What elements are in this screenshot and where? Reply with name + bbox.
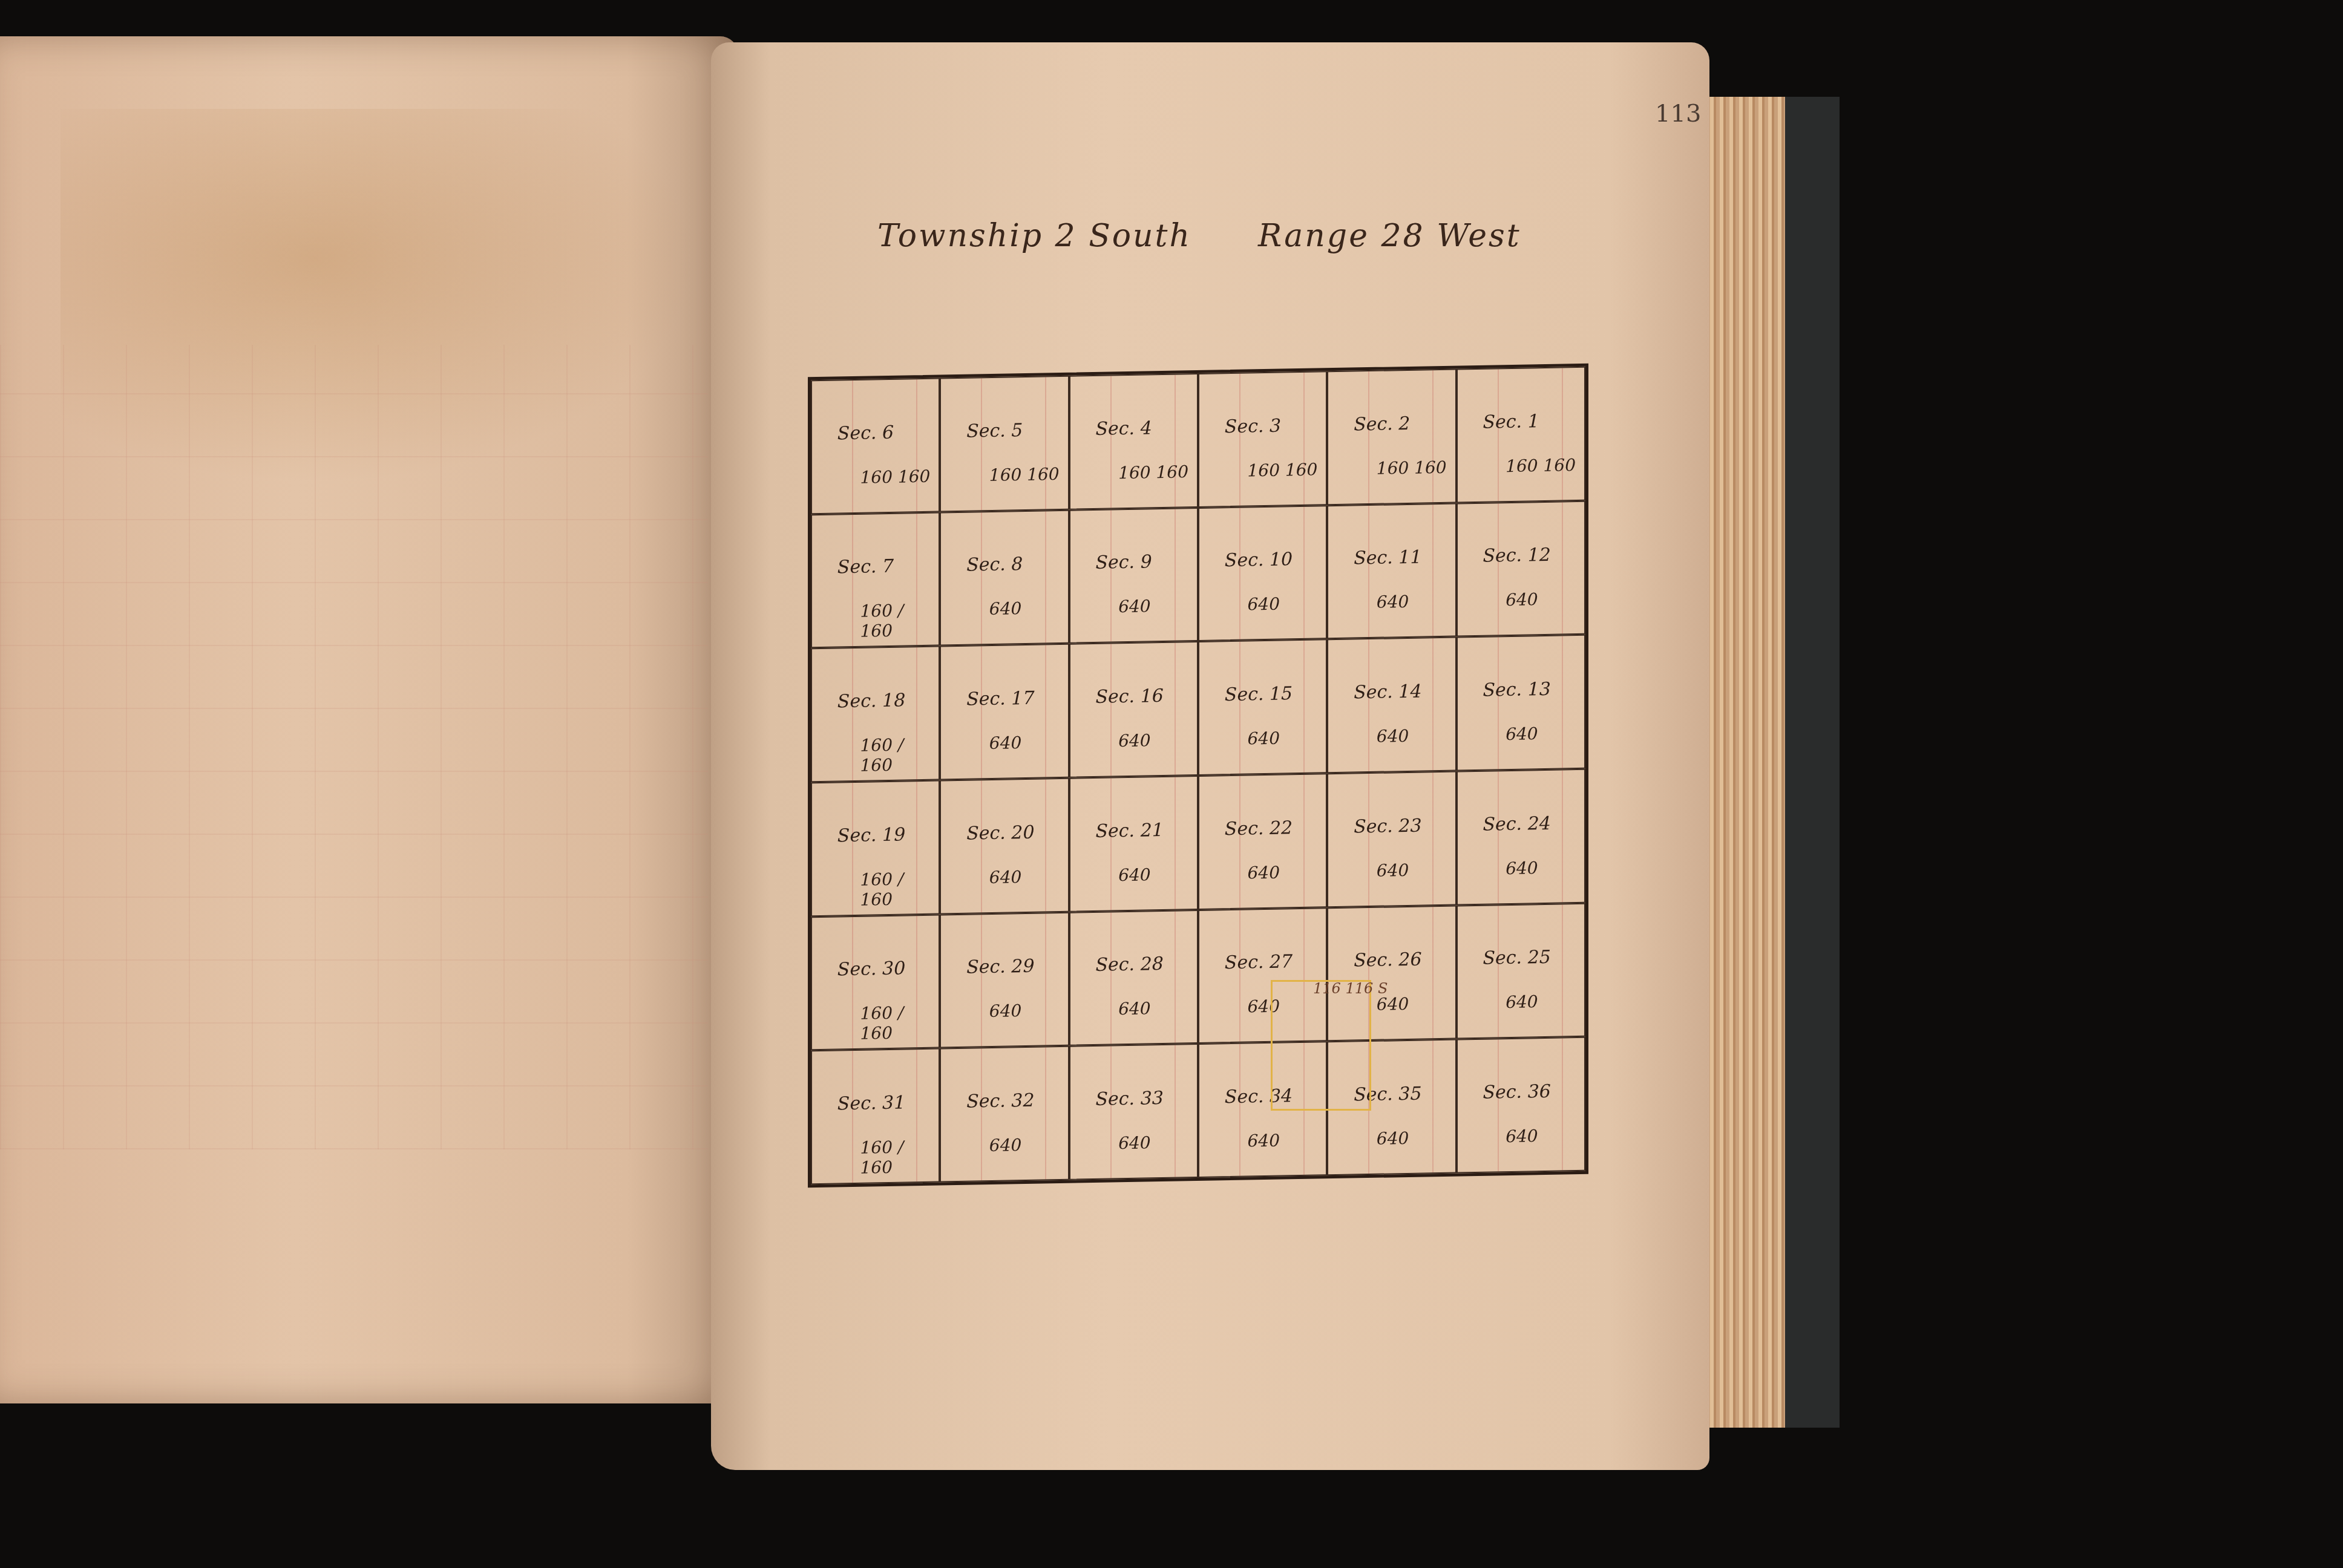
page-number: 113 <box>1655 100 1701 128</box>
section-label: Sec. 2 <box>1354 413 1410 436</box>
section-cell: Sec. 31160 / 160 <box>811 1048 940 1184</box>
section-cell: Sec. 11640 <box>1327 503 1456 639</box>
section-cell: Sec. 14640 <box>1327 637 1456 773</box>
section-cell: Sec. 17640 <box>940 644 1069 780</box>
section-acreage: 640 <box>989 1135 1021 1155</box>
section-acreage: 640 <box>989 1001 1021 1021</box>
section-acreage: 160 160 <box>1248 459 1318 480</box>
section-label: Sec. 30 <box>837 958 905 981</box>
section-cell: Sec. 2160 160 <box>1327 369 1456 505</box>
section-cell: Sec. 21640 <box>1069 776 1198 912</box>
section-acreage: 640 <box>1118 1132 1150 1153</box>
section-label: Sec. 20 <box>966 822 1034 844</box>
section-acreage: 640 <box>989 598 1021 619</box>
section-label: Sec. 9 <box>1096 552 1152 574</box>
section-cell: Sec. 28640 <box>1069 910 1198 1046</box>
section-label: Sec. 14 <box>1354 681 1421 704</box>
section-acreage: 640 <box>1118 596 1150 617</box>
section-label: Sec. 16 <box>1096 685 1164 708</box>
annotation-text: 116 116 S <box>1313 980 1388 997</box>
section-acreage: 160 160 <box>860 466 931 487</box>
section-label: Sec. 25 <box>1483 947 1551 969</box>
section-acreage: 160 160 <box>1377 457 1447 478</box>
section-cell: Sec. 1160 160 <box>1457 367 1585 503</box>
section-label: Sec. 29 <box>966 956 1034 978</box>
section-acreage: 640 <box>1248 1131 1280 1151</box>
section-acreage: 640 <box>1506 1126 1538 1146</box>
section-label: Sec. 24 <box>1483 812 1551 835</box>
section-label: Sec. 22 <box>1225 817 1293 840</box>
section-acreage: 160 / 160 <box>860 868 939 909</box>
section-acreage: 640 <box>1377 860 1409 881</box>
section-cell: Sec. 20640 <box>940 778 1069 914</box>
section-label: Sec. 6 <box>837 422 894 444</box>
section-label: Sec. 21 <box>1096 820 1164 842</box>
section-label: Sec. 1 <box>1483 411 1539 433</box>
section-acreage: 640 <box>1506 858 1538 878</box>
section-acreage: 160 160 <box>1506 455 1576 476</box>
section-cell: Sec. 8640 <box>940 509 1069 645</box>
section-cell: Sec. 13640 <box>1457 635 1585 771</box>
section-cell: Sec. 12640 <box>1457 500 1585 636</box>
section-label: Sec. 33 <box>1096 1088 1164 1110</box>
section-cell: Sec. 32640 <box>940 1046 1069 1182</box>
section-label: Sec. 26 <box>1354 949 1421 972</box>
section-cell: Sec. 16640 <box>1069 641 1198 777</box>
section-cell: Sec. 24640 <box>1457 769 1585 905</box>
section-cell: Sec. 33640 <box>1069 1044 1198 1180</box>
section-cell: Sec. 9640 <box>1069 508 1198 644</box>
section-label: Sec. 19 <box>837 824 905 846</box>
section-cell: Sec. 29640 <box>940 912 1069 1048</box>
section-acreage: 640 <box>989 733 1021 753</box>
section-label: Sec. 3 <box>1225 415 1281 437</box>
book-cover <box>1785 97 1840 1428</box>
section-label: Sec. 8 <box>966 554 1023 576</box>
section-acreage: 640 <box>989 867 1021 887</box>
section-acreage: 160 160 <box>989 464 1060 485</box>
section-acreage: 640 <box>1506 590 1538 610</box>
section-label: Sec. 36 <box>1483 1081 1551 1103</box>
township-label: Township 2 South <box>877 218 1191 254</box>
section-label: Sec. 13 <box>1483 679 1551 701</box>
section-label: Sec. 28 <box>1096 953 1164 976</box>
section-acreage: 640 <box>1377 1128 1409 1149</box>
range-label: Range 28 West <box>1258 218 1521 254</box>
section-label: Sec. 31 <box>837 1092 905 1114</box>
section-label: Sec. 12 <box>1483 544 1551 567</box>
section-label: Sec. 4 <box>1096 417 1152 440</box>
section-cell: Sec. 25640 <box>1457 903 1585 1039</box>
left-page <box>0 36 738 1403</box>
section-label: Sec. 11 <box>1354 547 1421 569</box>
section-label: Sec. 5 <box>966 420 1023 442</box>
section-cell: Sec. 22640 <box>1198 773 1327 909</box>
section-acreage: 640 <box>1377 592 1409 612</box>
section-label: Sec. 15 <box>1225 683 1293 705</box>
section-label: Sec. 23 <box>1354 815 1421 837</box>
township-grid: Sec. 6160 160Sec. 5160 160Sec. 4160 160S… <box>808 364 1588 1188</box>
section-acreage: 160 / 160 <box>860 1136 939 1177</box>
section-acreage: 640 <box>1377 994 1409 1014</box>
section-cell: Sec. 23640 <box>1327 771 1456 907</box>
section-cell: Sec. 19160 / 160 <box>811 780 940 916</box>
faded-grid <box>0 345 708 1149</box>
section-label: Sec. 18 <box>837 690 905 712</box>
section-label: Sec. 10 <box>1225 549 1293 572</box>
section-acreage: 160 / 160 <box>860 1002 939 1044</box>
section-label: Sec. 17 <box>966 688 1034 710</box>
section-acreage: 160 / 160 <box>860 600 939 641</box>
section-cell: Sec. 15640 <box>1198 639 1327 776</box>
section-label: Sec. 7 <box>837 556 894 578</box>
section-acreage: 640 <box>1118 999 1150 1019</box>
section-cell: Sec. 36640 <box>1457 1037 1585 1173</box>
section-cell: Sec. 18160 / 160 <box>811 646 940 782</box>
section-label: Sec. 27 <box>1225 952 1293 974</box>
section-label: Sec. 32 <box>966 1090 1034 1112</box>
section-acreage: 160 160 <box>1118 462 1188 483</box>
section-acreage: 640 <box>1377 726 1409 746</box>
section-cell: Sec. 30160 / 160 <box>811 914 940 1050</box>
section-acreage: 640 <box>1248 594 1280 615</box>
yellow-annotation-box <box>1271 980 1371 1111</box>
plat-title: Township 2 SouthRange 28 West <box>877 218 1588 254</box>
section-cell: Sec. 10640 <box>1198 505 1327 641</box>
section-acreage: 160 / 160 <box>860 734 939 775</box>
section-acreage: 640 <box>1118 864 1150 885</box>
section-cell: Sec. 6160 160 <box>811 377 940 514</box>
section-cell: Sec. 7160 / 160 <box>811 512 940 648</box>
section-cell: Sec. 5160 160 <box>940 376 1069 512</box>
section-cell: Sec. 4160 160 <box>1069 373 1198 509</box>
section-acreage: 640 <box>1248 862 1280 883</box>
section-cell: Sec. 3160 160 <box>1198 371 1327 507</box>
section-acreage: 640 <box>1506 992 1538 1013</box>
section-acreage: 640 <box>1118 730 1150 751</box>
section-acreage: 640 <box>1248 728 1280 749</box>
section-acreage: 640 <box>1506 724 1538 744</box>
